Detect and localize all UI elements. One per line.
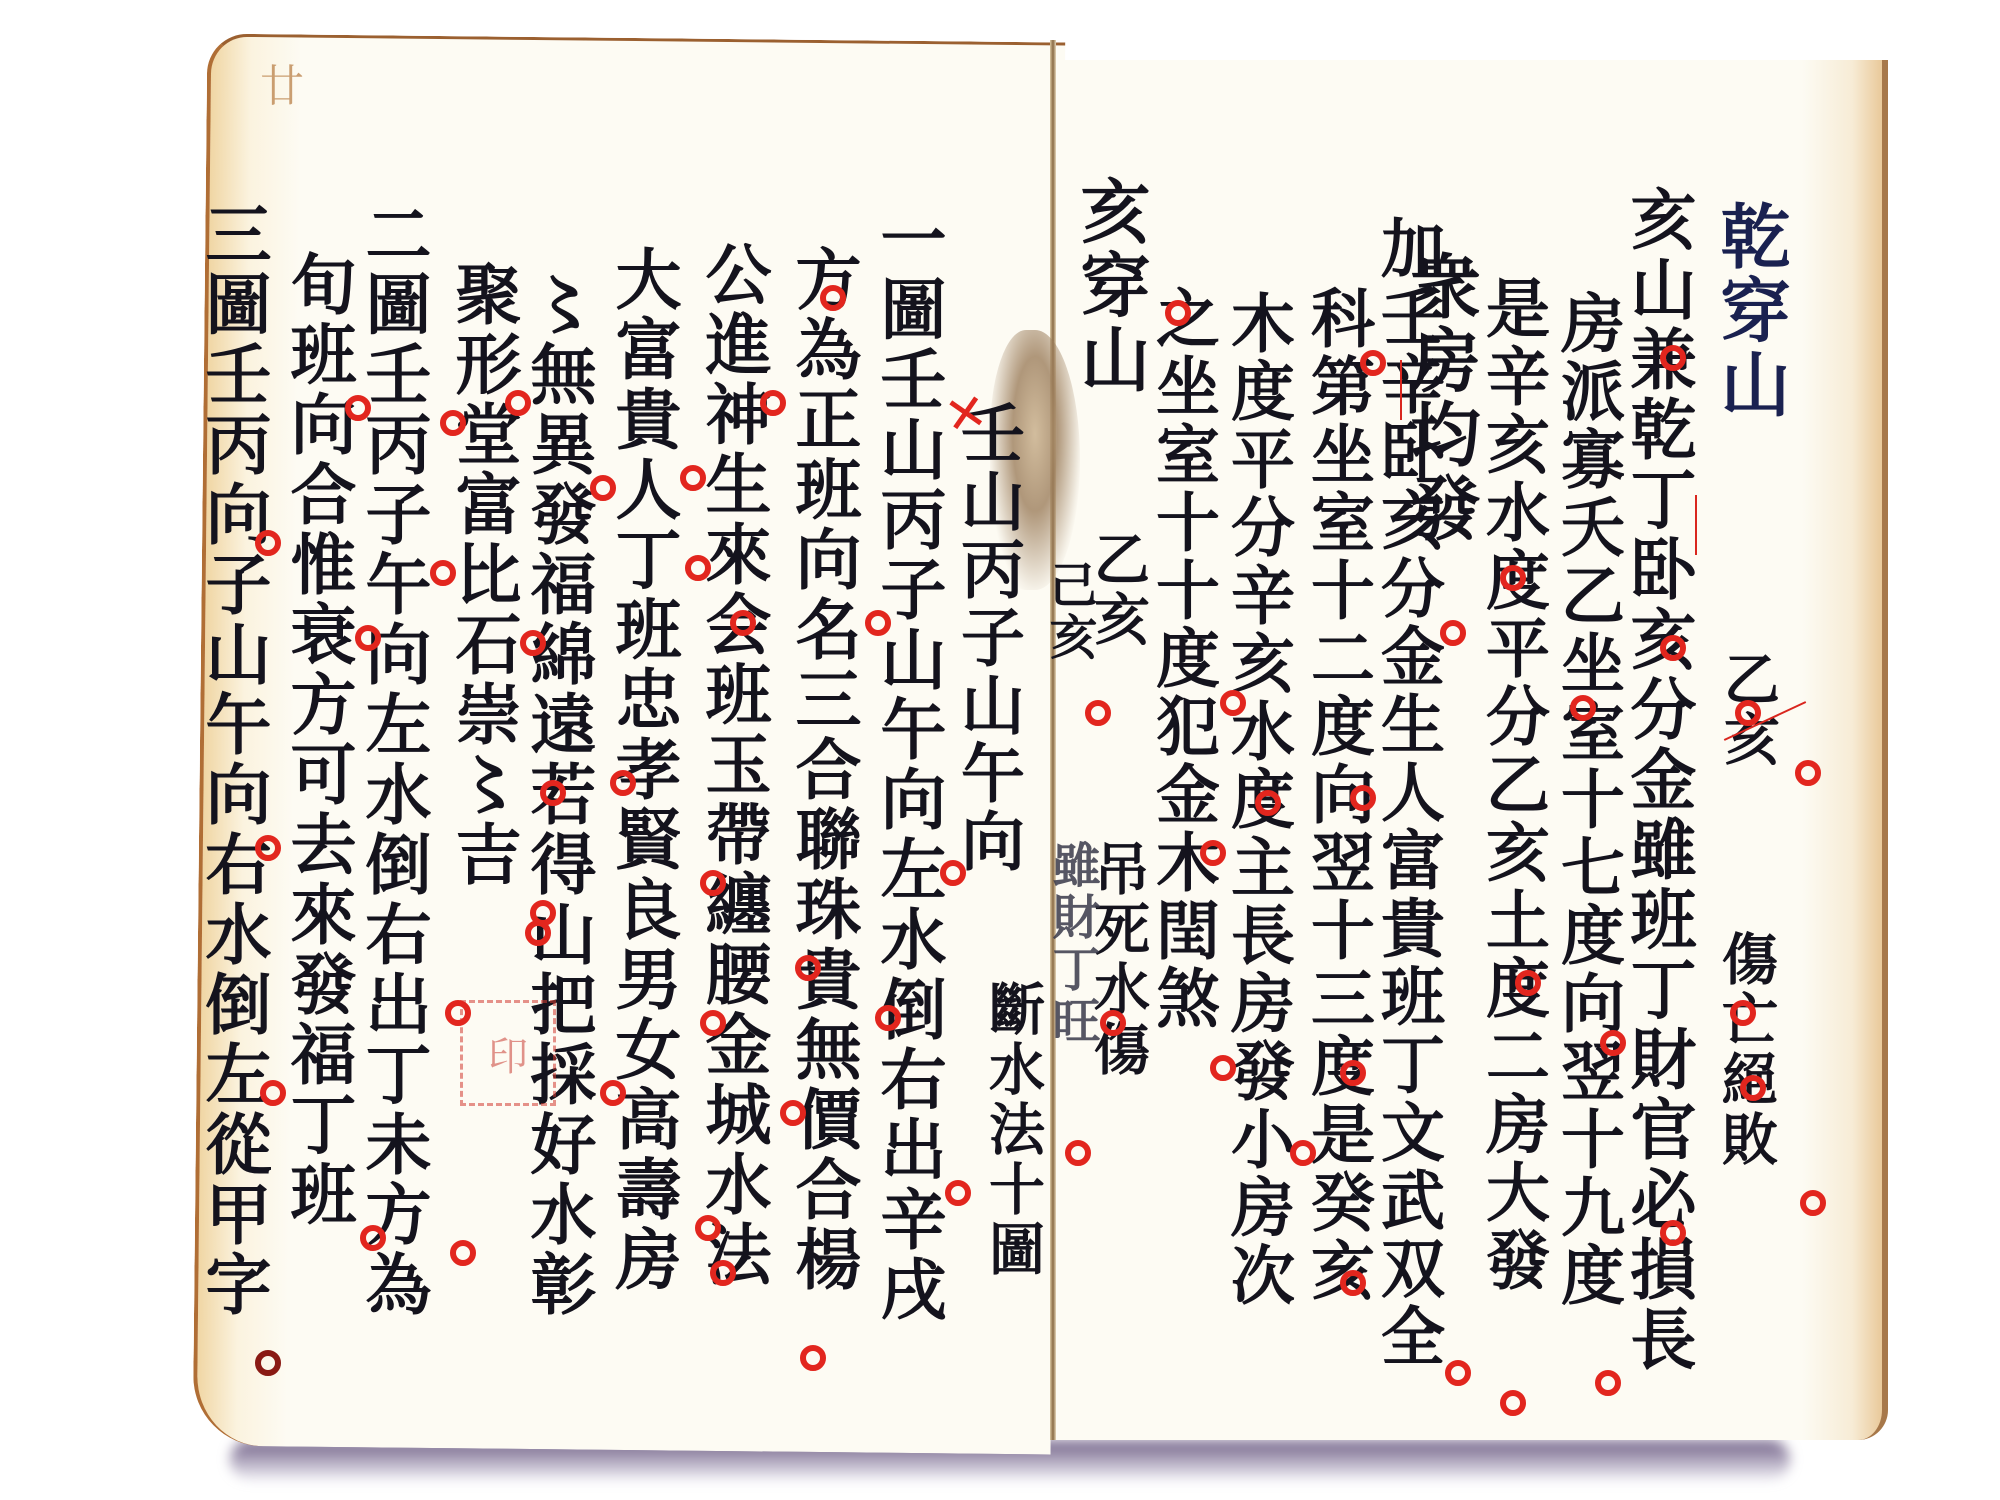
red-punctuation-circle [600,1080,626,1106]
red-punctuation-circle [1735,700,1761,726]
red-punctuation-circle [1290,1140,1316,1166]
annotation-faint: 雖財丁旺 [1048,840,1096,1048]
red-punctuation-circle [945,1180,971,1206]
red-punctuation-circle [1340,1060,1366,1086]
red-punctuation-circle [760,390,786,416]
red-punctuation-circle [445,1000,471,1026]
red-punctuation-circle [530,900,556,926]
red-punctuation-circle [1600,1030,1626,1056]
red-punctuation-circle [940,860,966,886]
red-punctuation-circle [680,465,706,491]
red-punctuation-circle [540,780,566,806]
red-punctuation-circle [1595,1370,1621,1396]
red-punctuation-circle [700,870,726,896]
text-column: 之坐室十十度犯金木閏煞 [1150,285,1214,1033]
page-corner-mark: 廿 [260,50,340,110]
text-column: 是辛亥水度平分乙亥土度二房大發 [1480,275,1544,1295]
red-punctuation-circle [1730,1000,1756,1026]
heading-crossed-out: 壬山丙子山午向 [955,400,1019,876]
red-seal-stamp: 印 [460,1000,556,1106]
red-punctuation-circle [1570,695,1596,721]
text-column: 房派寡夭乙坐室十七度向翌十九度 [1555,290,1619,1310]
red-punctuation-circle [1350,785,1376,811]
red-punctuation-circle [610,770,636,796]
red-punctuation-circle [1515,970,1541,996]
red-punctuation-circle [440,410,466,436]
subheading-duan-shui-fa: 斷水法十圖 [985,980,1041,1280]
red-punctuation-circle [685,555,711,581]
red-punctuation-circle [700,1010,726,1036]
red-punctuation-circle [450,1240,476,1266]
red-punctuation-circle [1660,635,1686,661]
red-punctuation-circle [360,1225,386,1251]
red-punctuation-circle [780,1100,806,1126]
red-punctuation-circle [1085,700,1111,726]
text-column: 一圖壬山丙子山午向左水倒右出辛戌 [875,205,941,1325]
red-punctuation-circle [1065,1140,1091,1166]
red-punctuation-circle [865,610,891,636]
red-punctuation-circle [1445,1360,1471,1386]
red-punctuation-circle [430,560,456,586]
red-punctuation-circle [1100,1010,1126,1036]
text-column: 旬班向合惟衰方可去來發福丁班 [285,250,351,1230]
text-column: 三圖壬丙向子山午向右水倒左從甲字 [200,200,266,1320]
red-punctuation-circle [345,395,371,421]
red-punctuation-circle [800,1345,826,1371]
red-punctuation-circle [1795,760,1821,786]
text-column: 二圖壬丙子午向左水倒右出丁未方為 [360,200,426,1320]
red-punctuation-circle [1340,1270,1366,1296]
red-tick-mark [1695,495,1697,555]
text-column: 公進神生來会班玉帶纏腰金城水法 [700,240,766,1290]
red-punctuation-circle [1200,840,1226,866]
red-punctuation-circle [695,1215,721,1241]
heading-qian-chuan-shan: 乾穿山 [1715,200,1785,422]
red-punctuation-circle [1500,1390,1526,1416]
red-punctuation-circle [730,610,756,636]
red-punctuation-circle [1255,790,1281,816]
text-column: 加壬辛卧亥分金生人富貴班丁文武双全 [1375,215,1439,1371]
red-punctuation-circle [255,835,281,861]
red-punctuation-circle [505,390,531,416]
red-punctuation-circle [1210,1055,1236,1081]
text-column: 聚形堂富比石崇〻吉 [450,260,516,890]
red-punctuation-circle [355,625,381,651]
red-punctuation-circle [1800,1190,1826,1216]
red-punctuation-circle [875,1005,901,1031]
text-column: 方為正班向名三合聯珠貴無價合楊 [790,245,856,1295]
annotation-shang-wang: 傷亡絕敗 [1718,930,1774,1170]
red-punctuation-circle [820,285,846,311]
red-punctuation-circle [710,1260,736,1286]
red-punctuation-circle [1500,565,1526,591]
annotation-ji-hai: 己亥 [1045,560,1093,664]
red-punctuation-circle [1165,300,1191,326]
red-punctuation-circle [1740,1075,1766,1101]
book-spine-fold [1050,40,1056,1440]
red-punctuation-circle [1360,350,1386,376]
red-punctuation-circle [795,955,821,981]
red-punctuation-circle [260,1080,286,1106]
red-punctuation-circle [590,475,616,501]
red-tick-mark [1400,360,1402,420]
red-punctuation-circle [520,630,546,656]
red-punctuation-circle [1660,1220,1686,1246]
red-punctuation-circle [1220,690,1246,716]
red-punctuation-circle [255,530,281,556]
annotation-yi-hai-2: 乙亥 [1090,530,1146,650]
red-punctuation-circle [255,1350,281,1376]
heading-hai-chuan-shan: 亥穿山 [1075,175,1145,397]
red-punctuation-circle [1660,345,1686,371]
red-punctuation-circle [1440,620,1466,646]
